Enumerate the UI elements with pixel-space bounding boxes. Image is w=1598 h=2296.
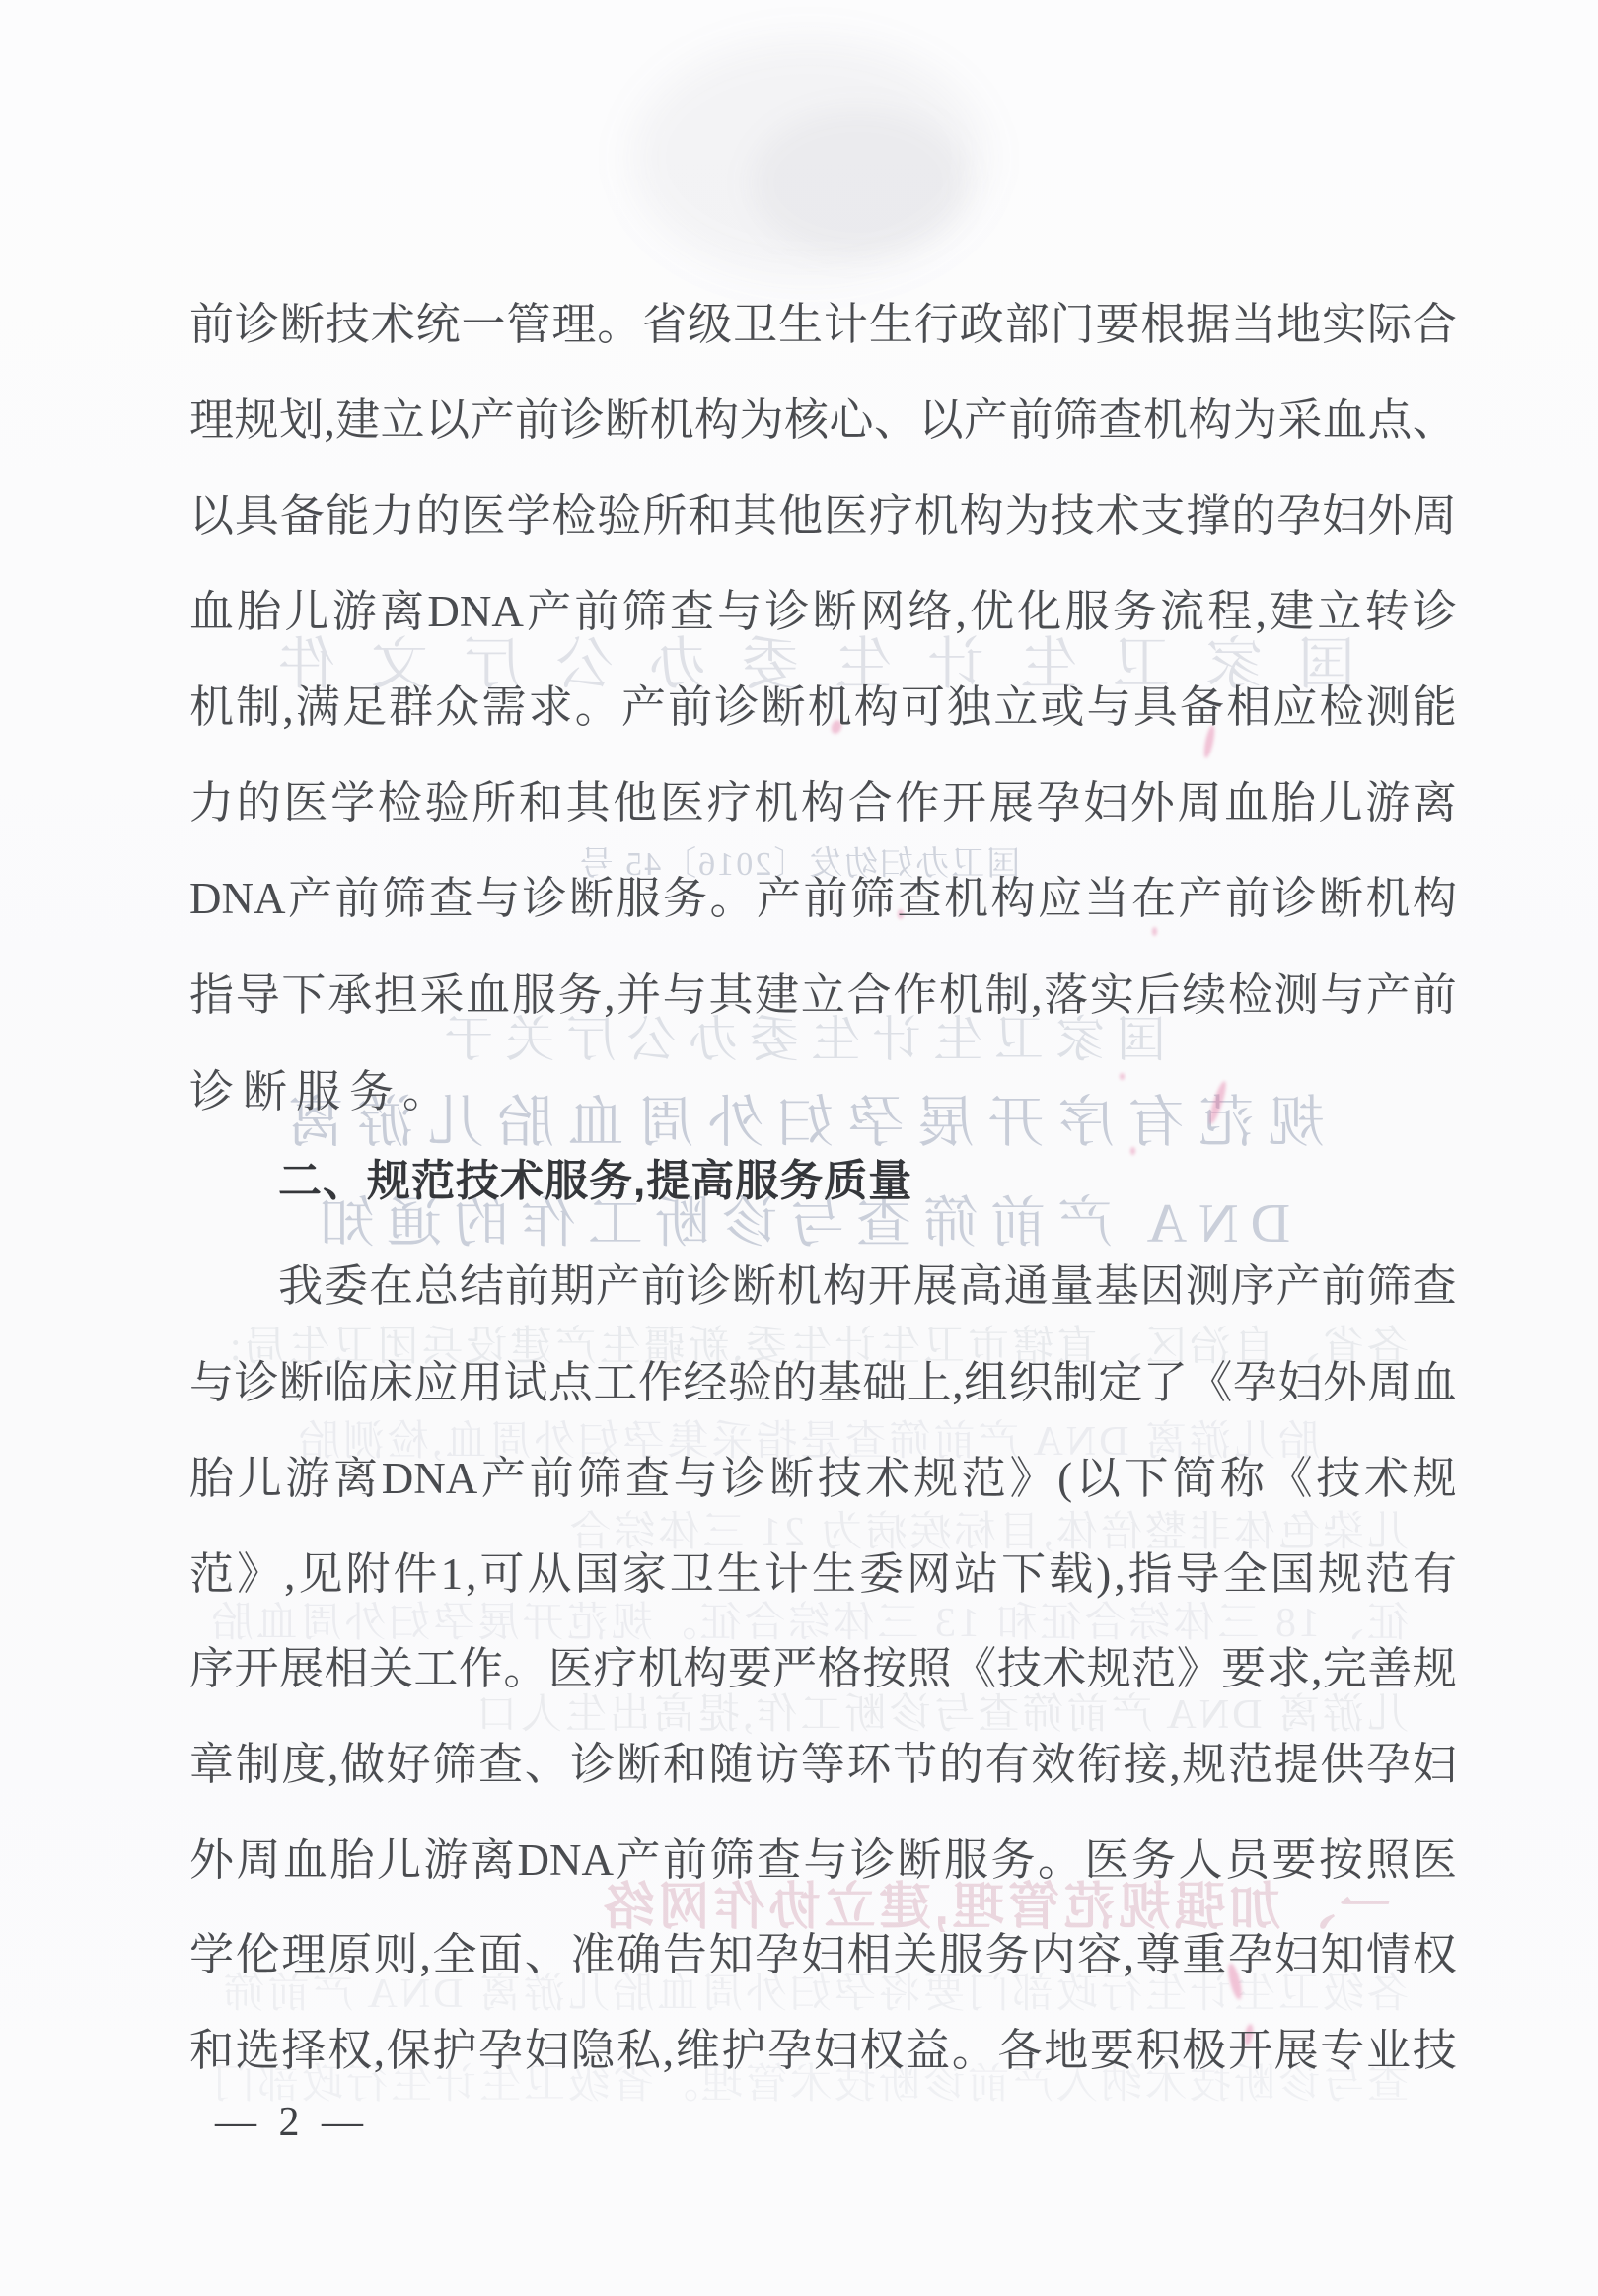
- page-number: — 2 —: [215, 2099, 369, 2146]
- body-text-line: 外周血胎儿游离DNA产前筛查与诊断服务。医务人员要按照医: [189, 1831, 1457, 1889]
- pink-ink-smudge: [1152, 927, 1157, 936]
- body-text-line: 章制度,做好筛查、诊断和随访等环节的有效衔接,规范提供孕妇: [189, 1736, 1457, 1793]
- pink-ink-smudge: [1130, 1147, 1135, 1155]
- body-text-line: 指导下承担采血服务,并与其建立合作机制,落实后续检测与产前: [189, 967, 1457, 1024]
- body-text-line: 诊断服务。: [189, 1063, 1457, 1120]
- body-text-line: 胎儿游离DNA产前筛查与诊断技术规范》(以下简称《技术规: [189, 1450, 1457, 1507]
- body-text-line: 序开展相关工作。医疗机构要严格按照《技术规范》要求,完善规: [189, 1640, 1457, 1697]
- body-text-line: 范》,见附件1,可从国家卫生计生委网站下载),指导全国规范有: [189, 1545, 1457, 1603]
- body-text-line: 以具备能力的医学检验所和其他医疗机构为技术支撑的孕妇外周: [189, 487, 1457, 544]
- body-text-line: 前诊断技术统一管理。省级卫生计生行政部门要根据当地实际合: [189, 296, 1457, 353]
- body-text-line: 与诊断临床应用试点工作经验的基础上,组织制定了《孕妇外周血: [189, 1354, 1457, 1411]
- body-text-line: 和选择权,保护孕妇隐私,维护孕妇权益。各地要积极开展专业技: [189, 2022, 1457, 2079]
- body-text-line: 学伦理原则,全面、准确告知孕妇相关服务内容,尊重孕妇知情权: [189, 1926, 1457, 1983]
- body-text-line: 机制,满足群众需求。产前诊断机构可独立或与具备相应检测能: [189, 679, 1457, 736]
- scan-smudge: [631, 39, 986, 276]
- section-heading: 二、规范技术服务,提高服务质量: [278, 1156, 912, 1207]
- paragraph-first-line: 我委在总结前期产前诊断机构开展高通量基因测序产前筛查: [189, 1257, 1457, 1315]
- document-page: 国家卫生计生委办公厅文件 国卫办妇幼发〔2016〕45 号 国家卫生计生委办公厅…: [0, 0, 1598, 2296]
- body-text-line: DNA产前筛查与诊断服务。产前筛查机构应当在产前诊断机构: [189, 870, 1457, 927]
- body-text-line: 理规划,建立以产前诊断机构为核心、以产前筛查机构为采血点、: [189, 392, 1457, 449]
- body-text-line: 力的医学检验所和其他医疗机构合作开展孕妇外周血胎儿游离: [189, 774, 1457, 831]
- body-text-line: 血胎儿游离DNA产前筛查与诊断网络,优化服务流程,建立转诊: [189, 583, 1457, 640]
- scan-smudge: [750, 108, 967, 256]
